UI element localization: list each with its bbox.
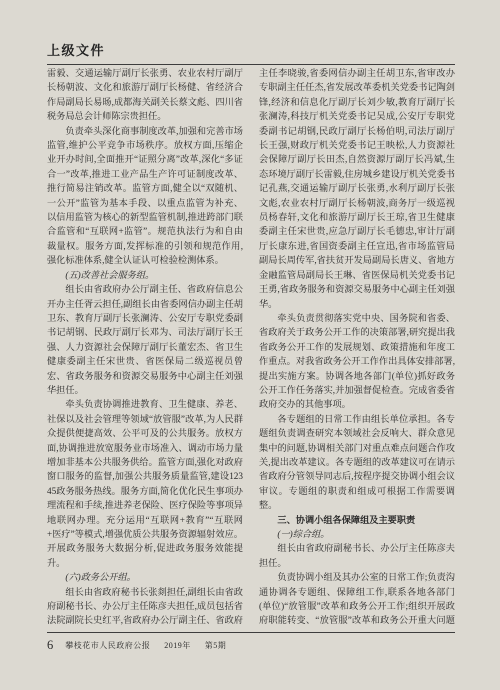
body-paragraph: 负责协调小组及其办公室的日常工作;负责沟通协调各专题组、保障组工作,联系各地各部… [259, 570, 455, 630]
continuation-paragraph: 雷毅、交通运输厅副厅长张勇、农业农村厅副厅长杨朝波、文化和旅游厅副厅长杨健、省经… [47, 66, 243, 124]
subsection-heading: (五)改善社会服务组。 [47, 268, 243, 282]
page-number: 6 [47, 638, 53, 652]
body-paragraph: 组长由省政府秘书长张剡担任,副组长由省政府副秘书长、办公厅主任陈彦夫担任,成员包… [47, 585, 243, 630]
journal-title: 攀枝花市人民政府公报 [65, 641, 150, 650]
subsection-heading: (六)政务公开组。 [47, 570, 243, 584]
page-content: 雷毅、交通运输厅副厅长张勇、农业农村厅副厅长杨朝波、文化和旅游厅副厅长杨健、省经… [47, 66, 455, 630]
page-footer: 6 攀枝花市人民政府公报 2019年 第5期 [47, 632, 455, 654]
body-paragraph: 牵头负责协调推进教育、卫生健康、养老、社保以及社会管理等领域“放管服”改革,为人… [47, 397, 243, 570]
right-column: 主任李晓骏,省委网信办副主任胡卫东,省审改办专职副主任任杰,省发展改革委机关党委… [259, 66, 455, 630]
body-paragraph: 组长由省政府副秘书长、办公厅主任陈彦夫担任。 [259, 541, 455, 570]
body-paragraph: 牵头负责贯彻落实党中央、国务院和省委、省政府关于政务公开工作的决策部署,研究提出… [259, 311, 455, 412]
page-header: 上级文件 [47, 40, 455, 65]
left-column: 雷毅、交通运输厅副厅长张勇、农业农村厅副厅长杨朝波、文化和旅游厅副厅长杨健、省经… [47, 66, 243, 630]
section-header-title: 上级文件 [47, 43, 105, 58]
body-paragraph: 组长由省政府办公厅副主任、省政府信息公开办主任胥云担任,副组长由省委网信办副主任… [47, 282, 243, 397]
continuation-paragraph: 主任李晓骏,省委网信办副主任胡卫东,省审改办专职副主任任杰,省发展改革委机关党委… [259, 66, 455, 311]
body-paragraph: 各专题组的日常工作由组长单位承担。各专题组负责调查研究本领域社会反响大、群众意见… [259, 412, 455, 513]
subsection-heading: (一)综合组。 [259, 527, 455, 541]
journal-year: 2019年 [164, 641, 191, 650]
body-paragraph: 负责牵头深化商事制度改革,加强和完善市场监管,维护公平竞争市场秩序。放权方面,压… [47, 124, 243, 268]
gazette-page: 上级文件 雷毅、交通运输厅副厅长张勇、农业农村厅副厅长杨朝波、文化和旅游厅副厅长… [0, 0, 500, 690]
section-heading: 三、协调小组各保障组及主要职责 [259, 513, 455, 527]
journal-issue: 第5期 [205, 641, 227, 650]
